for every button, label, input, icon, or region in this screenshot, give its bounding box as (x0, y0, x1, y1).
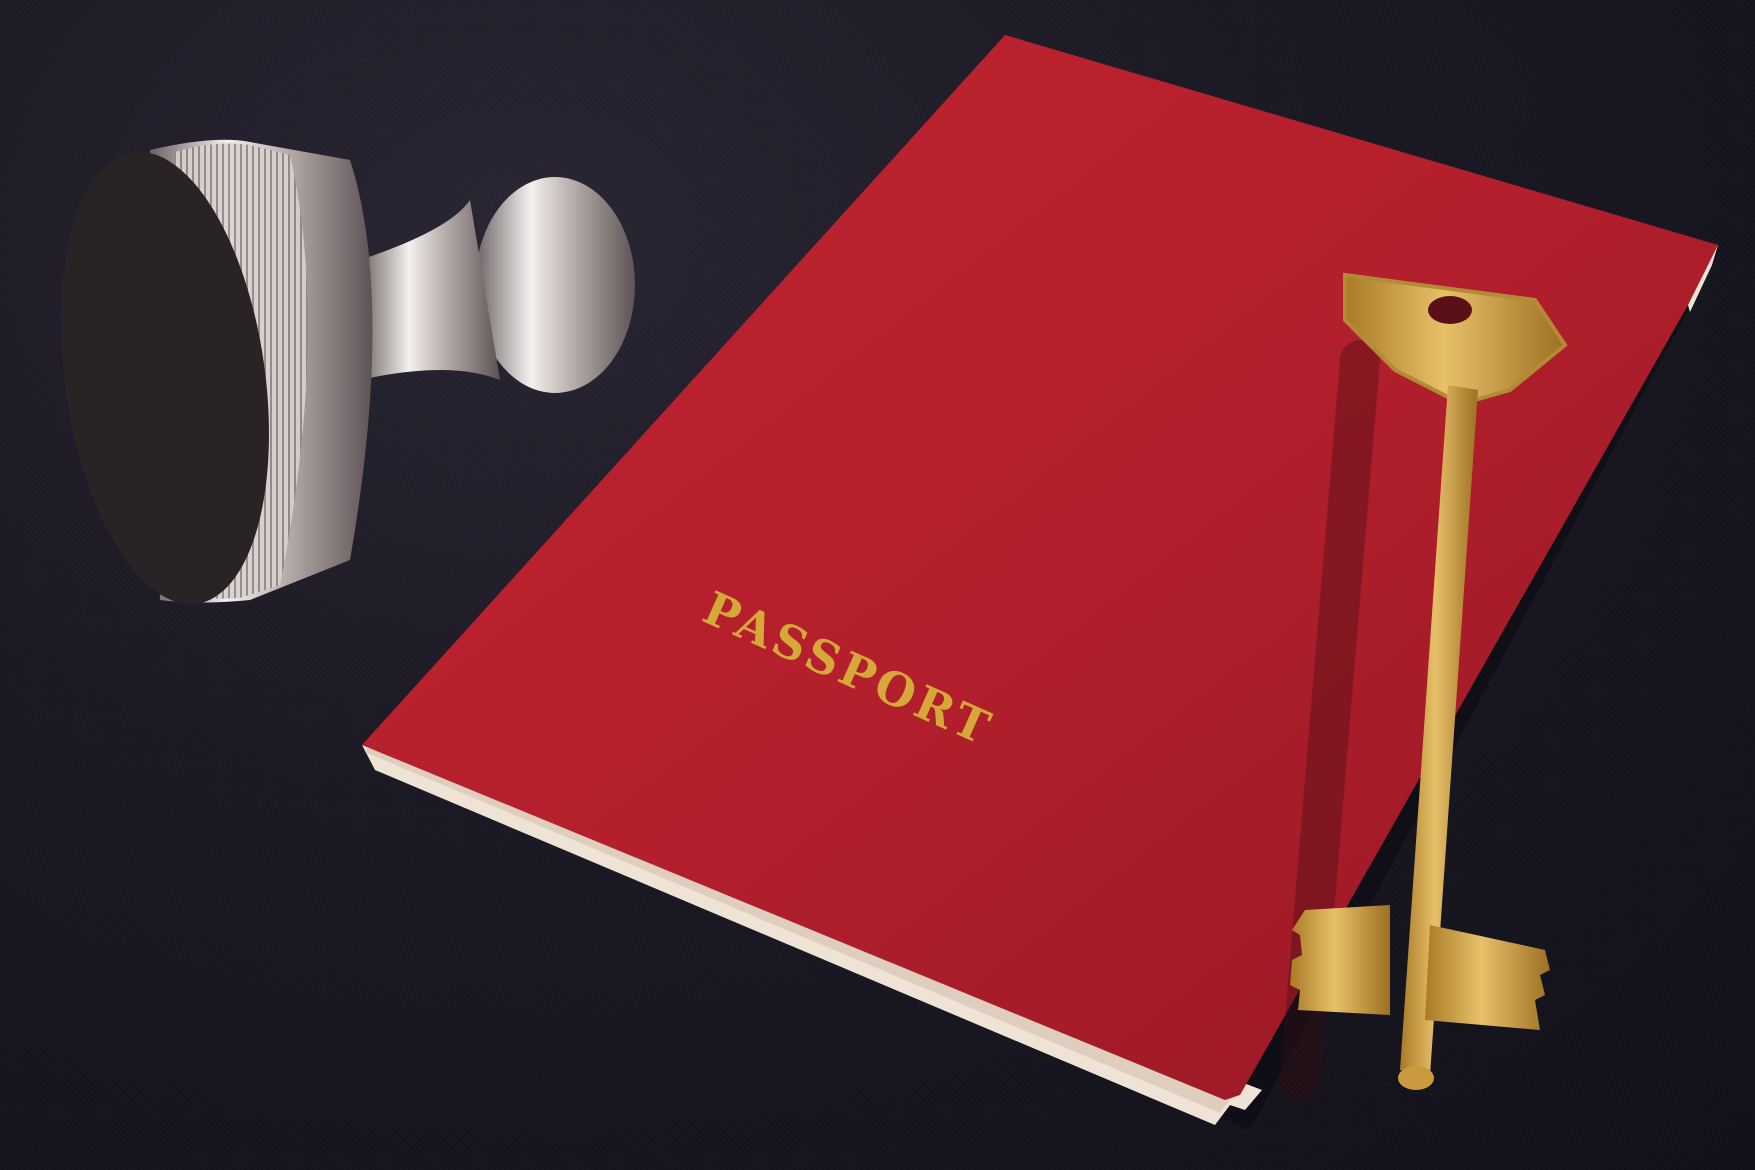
key-hole (1428, 296, 1472, 324)
scene-illustration: PASSPORT (0, 0, 1755, 1170)
key-bit-right (1425, 925, 1550, 1030)
photo-scene: PASSPORT (0, 0, 1755, 1170)
stamp-knob (475, 177, 635, 393)
key-bit-left (1290, 905, 1390, 1015)
